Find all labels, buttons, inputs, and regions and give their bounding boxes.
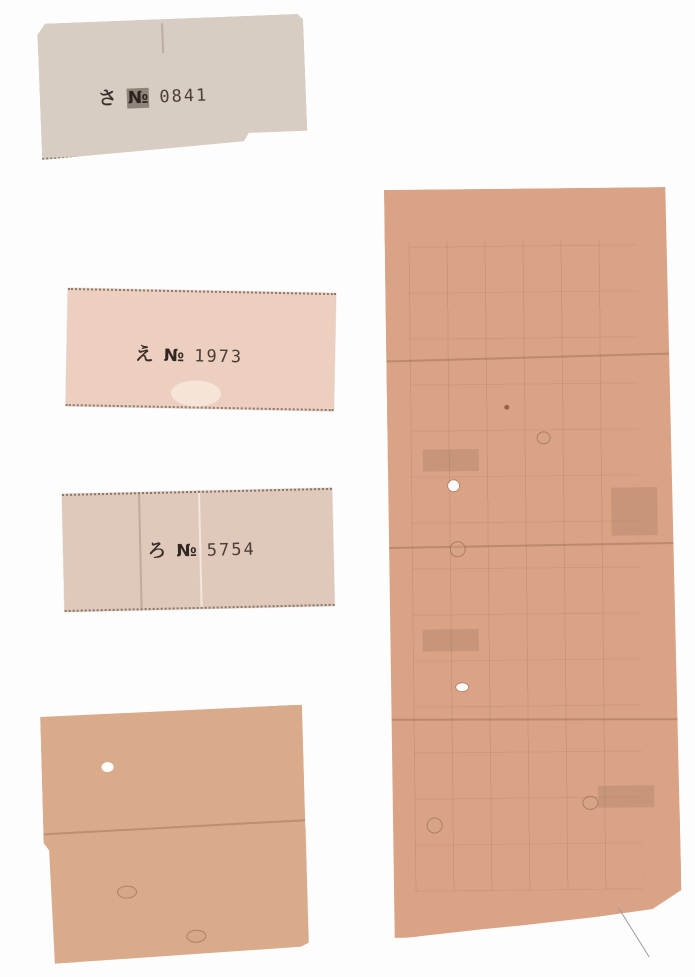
- ticket-e: え № 1973: [66, 288, 336, 411]
- print-block: [598, 785, 654, 808]
- serial-number: 1973: [194, 346, 243, 367]
- ticket-blank-square: [40, 705, 309, 964]
- serial-number: 5754: [207, 540, 256, 561]
- punch-dent: [537, 431, 551, 444]
- punch-dent: [582, 796, 598, 810]
- ticket-number-label: ろ № 5754: [147, 534, 256, 563]
- ticket-long-sheet: [384, 187, 682, 938]
- ticket-sa: さ № 0841: [37, 14, 308, 160]
- punch-dent: [450, 541, 466, 557]
- punch-dent: [117, 885, 137, 899]
- print-block: [611, 487, 658, 535]
- paper-fiber-thread: [618, 907, 650, 957]
- serial-number: 0841: [159, 85, 209, 107]
- crease-smudge: [171, 380, 221, 407]
- ticket-ro: ろ № 5754: [62, 488, 335, 612]
- ticket-number-label: さ № 0841: [97, 79, 208, 110]
- numero-sign: №: [127, 88, 150, 109]
- punch-hole: [448, 480, 459, 491]
- series-kana: え: [135, 339, 155, 366]
- punch-dent: [101, 762, 113, 772]
- stain-dot: [504, 405, 509, 410]
- print-block: [423, 629, 479, 652]
- series-kana: さ: [97, 83, 117, 111]
- ticket-number-label: え № 1973: [135, 339, 244, 368]
- punch-dent: [427, 817, 443, 833]
- series-kana: ろ: [147, 536, 167, 563]
- fold-crease: [138, 494, 143, 608]
- numero-sign: №: [176, 541, 197, 561]
- numero-sign: №: [164, 346, 185, 366]
- punch-dent: [186, 929, 206, 943]
- print-block: [423, 449, 479, 472]
- fold-crease: [43, 819, 305, 835]
- fold-crease: [161, 23, 164, 53]
